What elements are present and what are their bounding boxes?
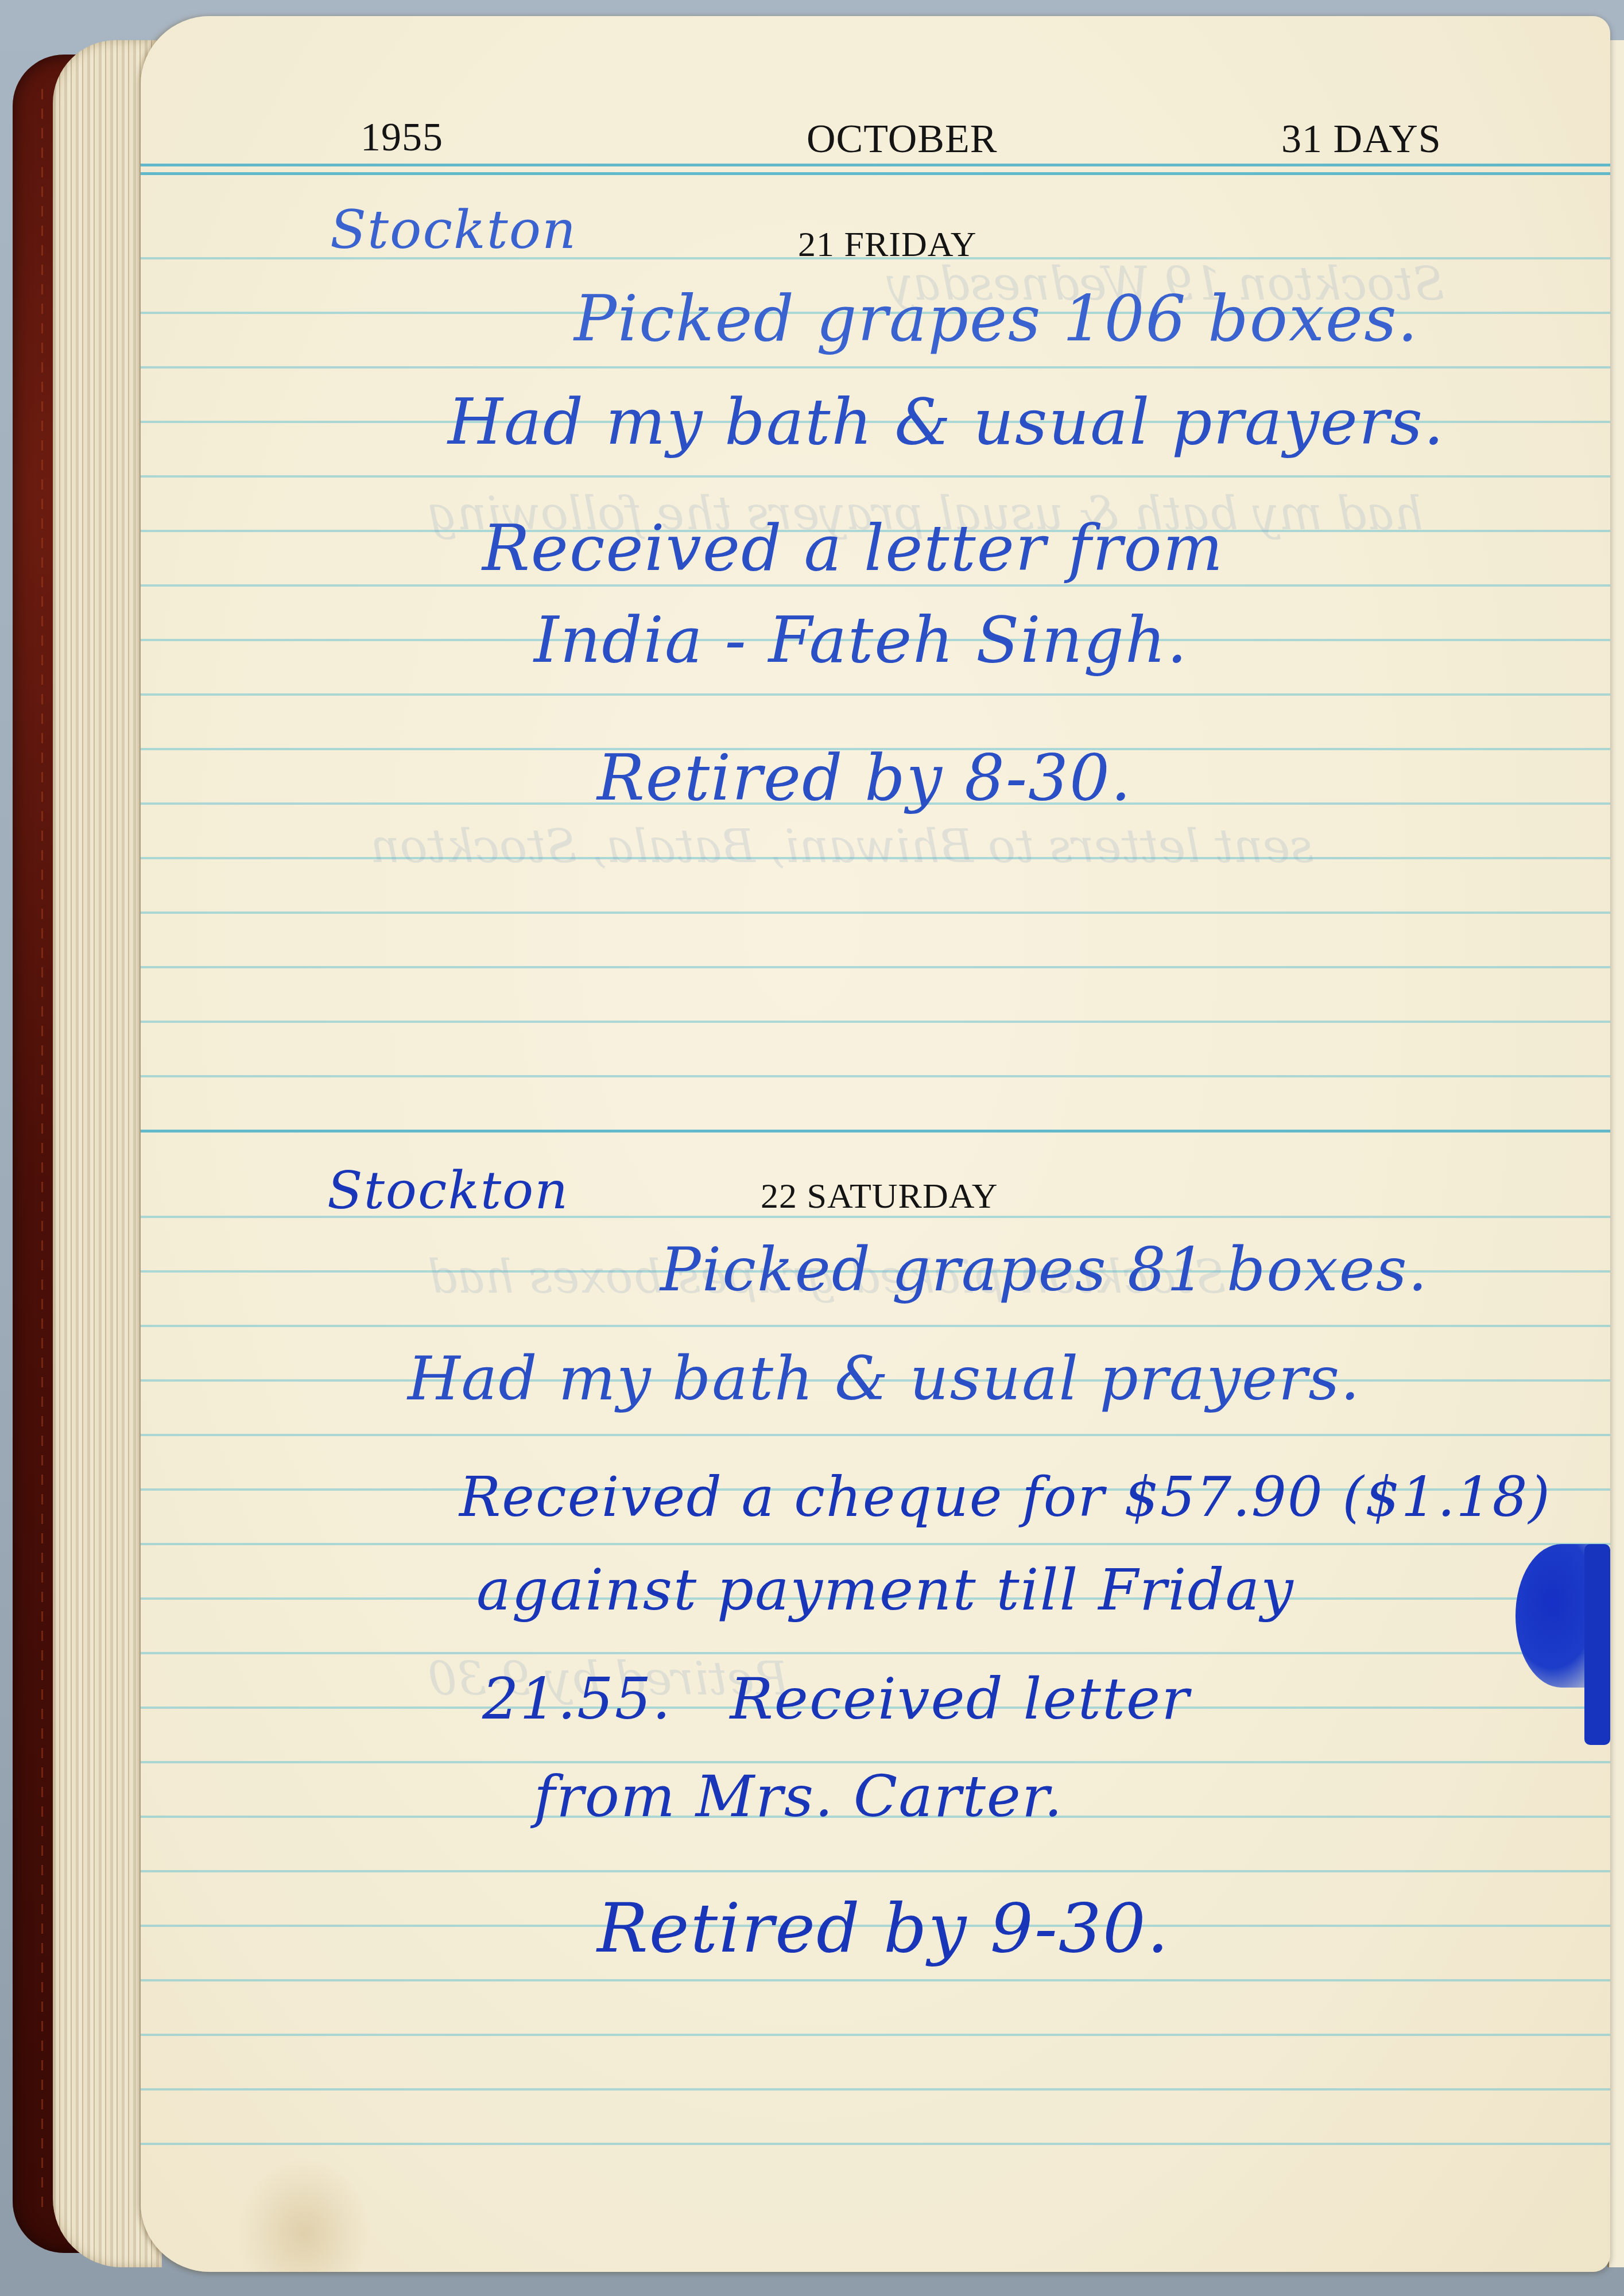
day-name: FRIDAY [844, 225, 977, 264]
rule-line [141, 1979, 1610, 1981]
ink-blot-edge [1584, 1544, 1610, 1745]
days-in-month-label: 31 DAYS [1281, 119, 1441, 160]
entry-line: 21.55. Received letter [482, 1670, 1190, 1728]
entry-line: Picked grapes 81 boxes. [660, 1240, 1428, 1300]
rule-line [141, 366, 1610, 369]
days-word: DAYS [1334, 117, 1441, 161]
rule-line [141, 2143, 1610, 2145]
entry-line: against payment till Friday [476, 1561, 1294, 1619]
entry-location: Stockton [330, 204, 577, 257]
entry-location: Stockton [327, 1165, 569, 1217]
entry-line: Picked grapes 106 boxes. [574, 287, 1419, 350]
entry-line: India - Fateh Singh. [534, 608, 1188, 672]
day-name: SATURDAY [807, 1177, 998, 1216]
rule-line [141, 1434, 1610, 1436]
month-label: OCTOBER [807, 119, 997, 160]
rule-line [141, 966, 1610, 968]
rule-line [141, 1543, 1610, 1545]
rule-line [141, 2088, 1610, 2091]
rule-line [141, 1652, 1610, 1654]
paper-stain [238, 2157, 370, 2272]
entry-line: Retired by 8-30. [597, 746, 1132, 809]
entry-line: Retired by 9-30. [597, 1894, 1169, 1962]
entry-line: Received a cheque for $57.90 ($1.18) [459, 1469, 1551, 1525]
entry-line: Had my bath & usual prayers. [448, 390, 1445, 453]
rule-line [141, 1075, 1610, 1077]
date-number: 22 [761, 1177, 797, 1216]
header-rule-top [141, 164, 1610, 166]
entry-line: from Mrs. Carter. [534, 1768, 1064, 1825]
header-rule-bottom [141, 172, 1610, 175]
rule-line [141, 912, 1610, 914]
days-count: 31 [1281, 117, 1323, 161]
entry-line: Received a letter from [482, 517, 1224, 580]
day-separator-rule [141, 1130, 1610, 1133]
date-number: 21 [798, 225, 835, 264]
rule-line [141, 693, 1610, 696]
entry-date-heading: 22 SATURDAY [761, 1178, 998, 1214]
rule-line [141, 1021, 1610, 1023]
entry-date-heading: 21 FRIDAY [798, 227, 977, 262]
rule-line [141, 1870, 1610, 1872]
rule-line [141, 475, 1610, 478]
rule-line [141, 2034, 1610, 2036]
year-label: 1955 [361, 118, 443, 158]
bleed-through-text: sent letters to Bhiwani, Batala, Stockto… [370, 820, 1313, 873]
entry-line: Had my bath & usual prayers. [408, 1349, 1361, 1409]
rule-line [141, 1325, 1610, 1327]
